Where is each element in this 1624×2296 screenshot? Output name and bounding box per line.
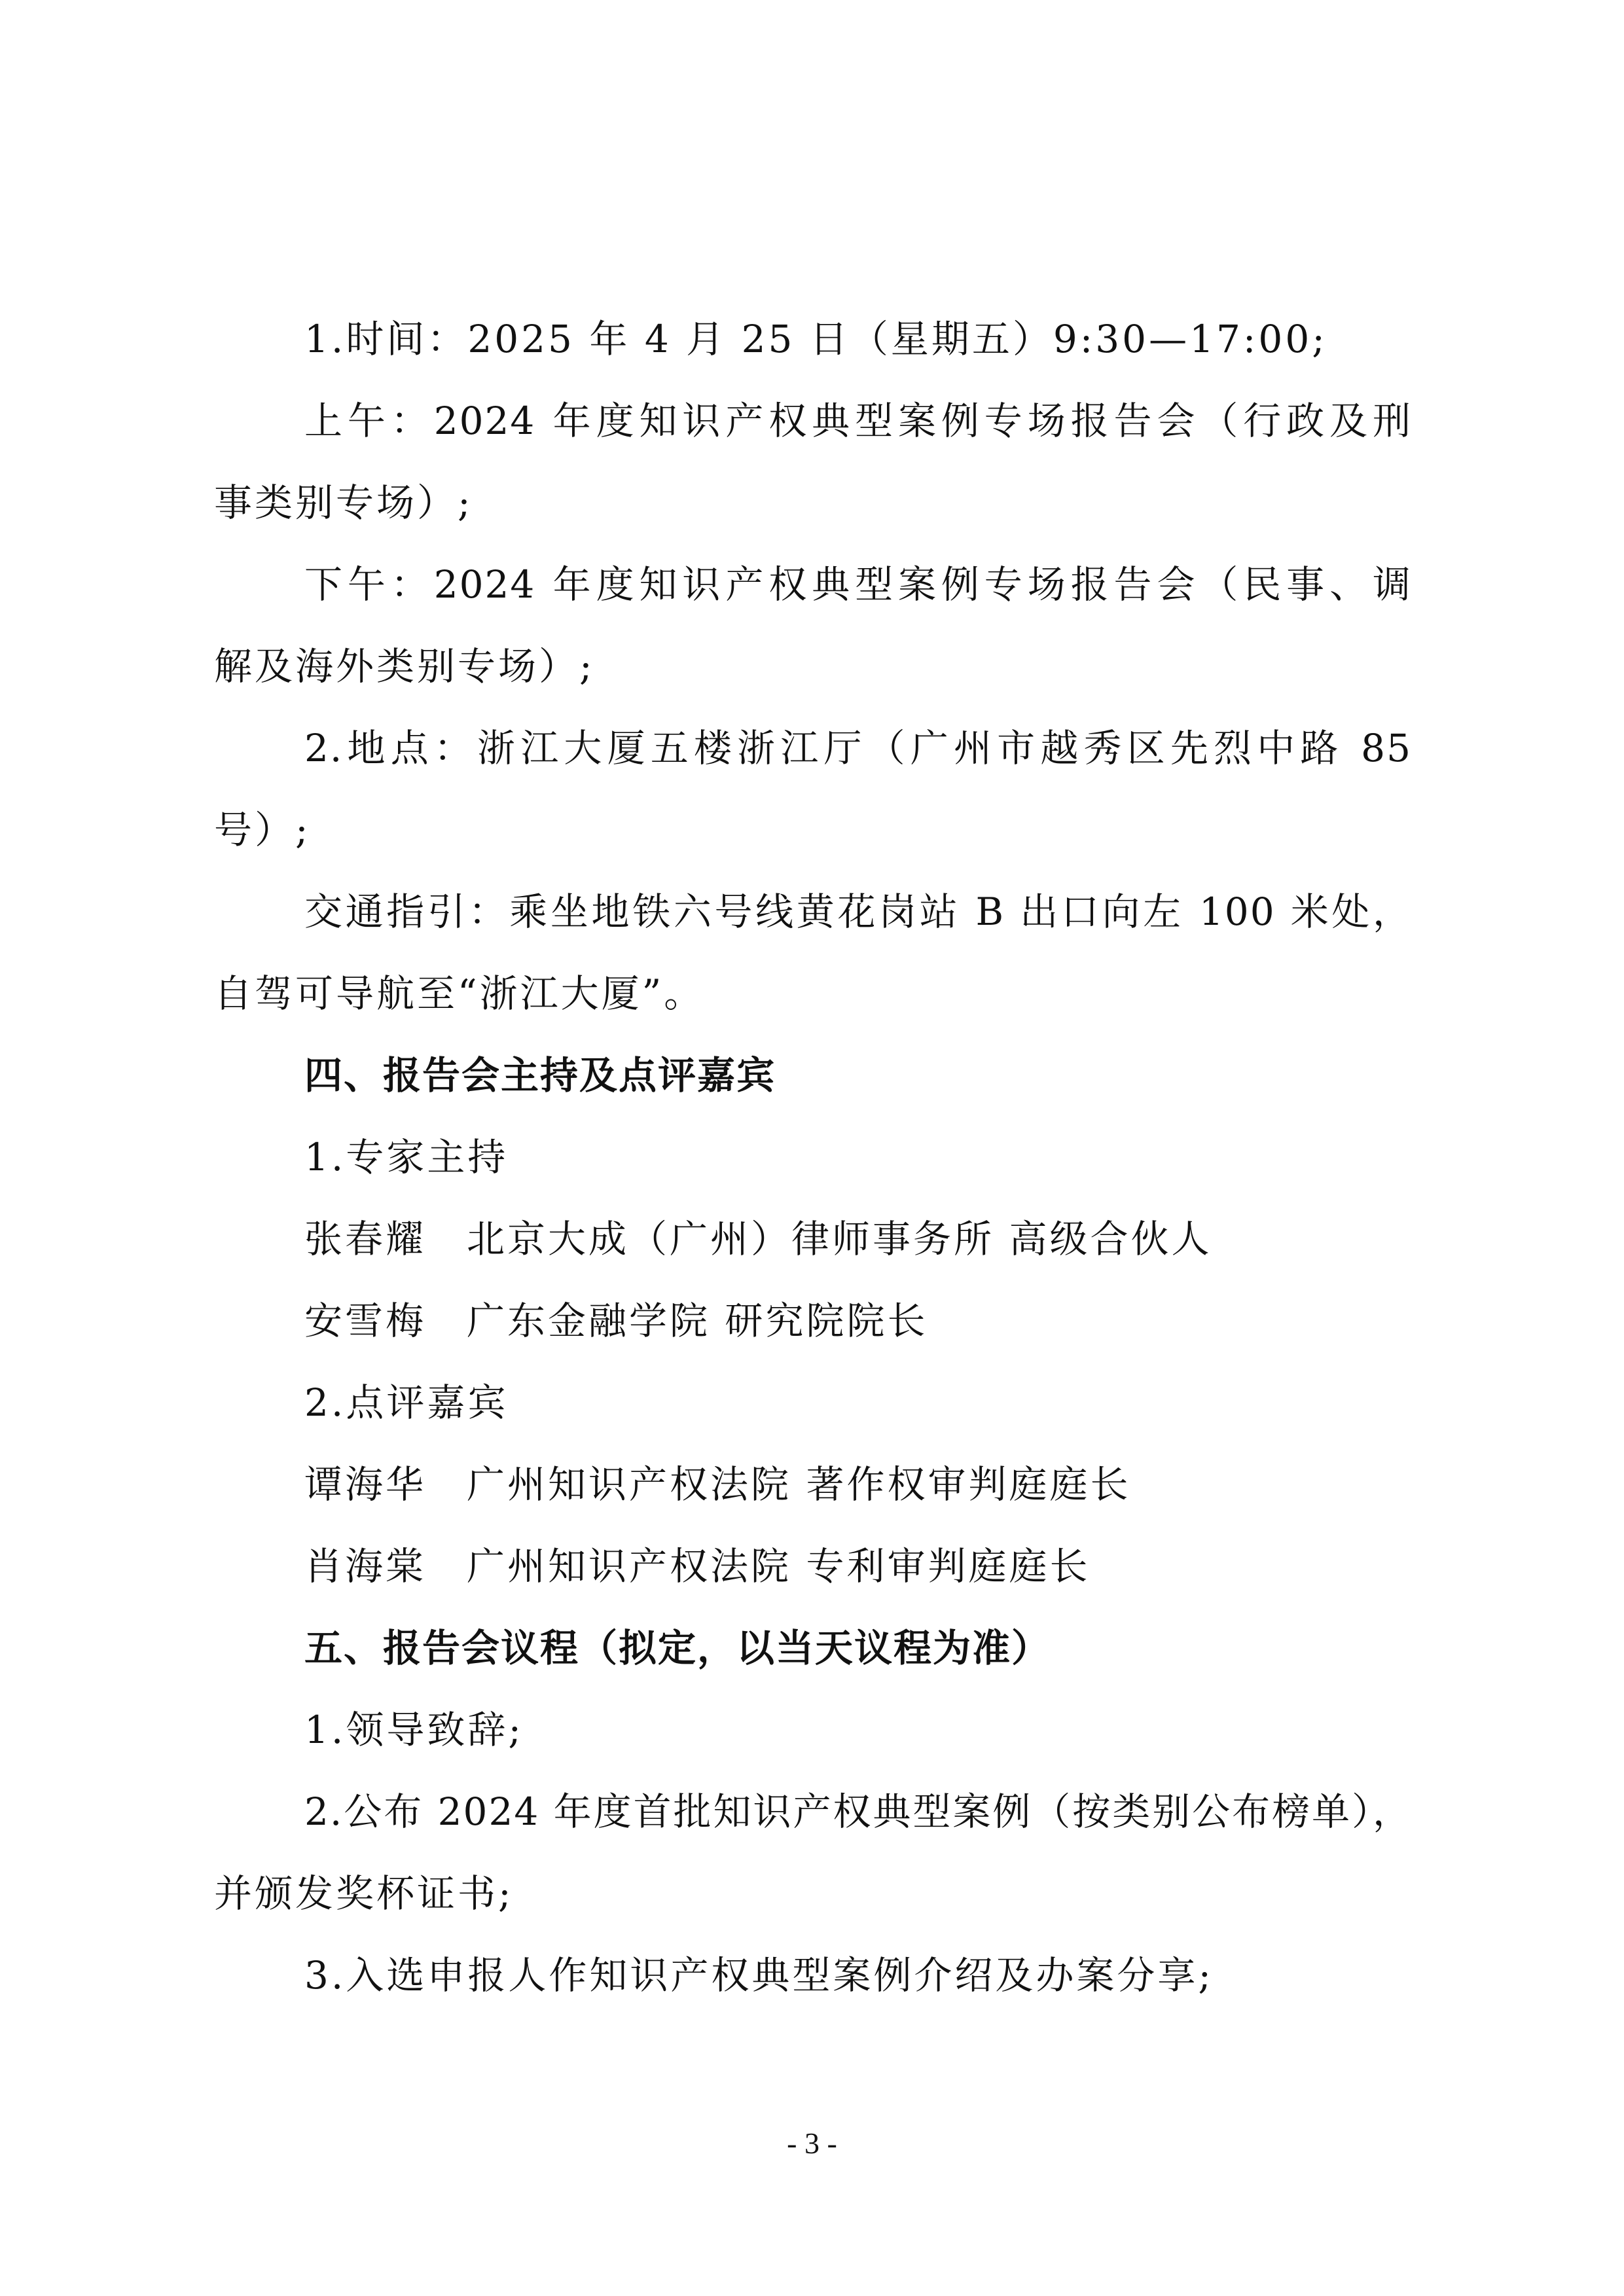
agenda-item-continuation: 并颁发奖杯证书; bbox=[214, 1867, 514, 1920]
morning-session-line-2: 事类别专场）; bbox=[214, 476, 473, 529]
reviewers-subheading: 2.点评嘉宾 bbox=[304, 1376, 508, 1429]
transport-line-1: 交通指引：乘坐地铁六号线黄花岗站 B 出口向左 100 米处， bbox=[304, 886, 1412, 938]
transport-line-2: 自驾可导航至“浙江大厦”。 bbox=[214, 967, 704, 1020]
afternoon-session-line-2: 解及海外类别专场）; bbox=[214, 640, 595, 692]
agenda-item: 3.入选申报人作知识产权典型案例介绍及办案分享; bbox=[304, 1949, 1214, 2001]
agenda-item: 2.公布 2024 年度首批知识产权典型案例（按类别公布榜单）， bbox=[304, 1785, 1412, 1838]
venue-line-1: 2.地点：浙江大厦五楼浙江厅（广州市越秀区先烈中路 85 bbox=[304, 722, 1412, 774]
reviewer-entry: 谭海华 广州知识产权法院 著作权审判庭庭长 bbox=[304, 1458, 1130, 1511]
agenda-item: 1.领导致辞; bbox=[304, 1704, 524, 1756]
hosts-subheading: 1.专家主持 bbox=[304, 1131, 508, 1183]
page-number: - 3 - bbox=[0, 2124, 1624, 2163]
venue-line-2: 号）; bbox=[214, 804, 311, 856]
morning-session-line-1: 上午：2024 年度知识产权典型案例专场报告会（行政及刑 bbox=[304, 395, 1412, 447]
event-time: 1.时间：2025 年 4 月 25 日（星期五）9:30—17:00; bbox=[304, 313, 1327, 365]
host-entry: 安雪梅 广东金融学院 研究院院长 bbox=[304, 1295, 928, 1347]
host-entry: 张春耀 北京大成（广州）律师事务所 高级合伙人 bbox=[304, 1213, 1212, 1265]
section-heading-hosts-reviewers: 四、报告会主持及点评嘉宾 bbox=[304, 1049, 776, 1102]
document-page: 1.时间：2025 年 4 月 25 日（星期五）9:30—17:00; 上午：… bbox=[0, 0, 1624, 2296]
reviewer-entry: 肖海棠 广州知识产权法院 专利审判庭庭长 bbox=[304, 1540, 1090, 1592]
afternoon-session-line-1: 下午：2024 年度知识产权典型案例专场报告会（民事、调 bbox=[304, 558, 1412, 611]
section-heading-agenda: 五、报告会议程（拟定，以当天议程为准） bbox=[304, 1622, 1051, 1674]
